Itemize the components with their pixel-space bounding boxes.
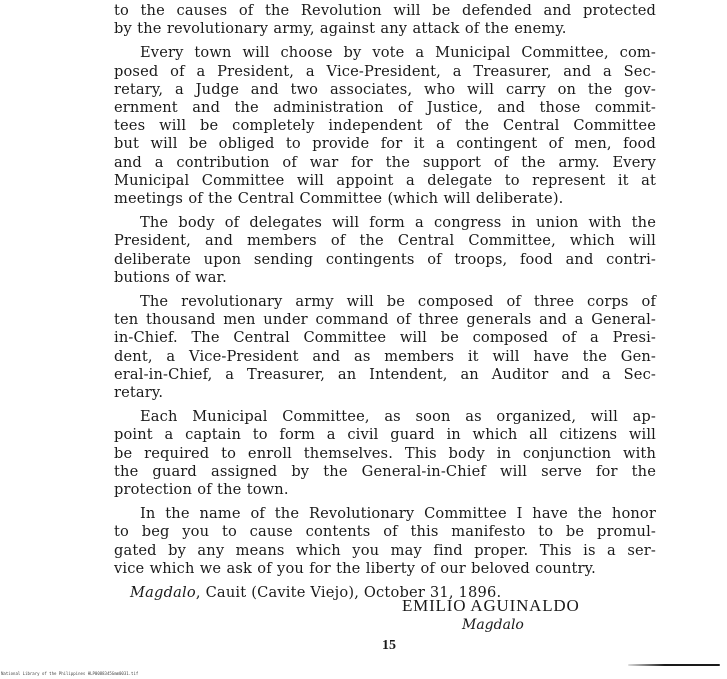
text-line: vice which we ask of you for the liberty… — [114, 560, 656, 578]
paragraph: In the name of the Revolutionary Committ… — [114, 505, 656, 578]
text-line: be required to enroll themselves. This b… — [114, 445, 656, 463]
text-line: dent, a Vice-President and as members it… — [114, 348, 656, 366]
paragraph: The revolutionary army will be composed … — [114, 293, 656, 402]
text-line: retary, a Judge and two associates, who … — [114, 81, 656, 99]
text-line: in-Chief. The Central Committee will be … — [114, 329, 656, 347]
signature-block: EMILIO AGUINALDO Magdalo — [402, 596, 642, 634]
text-line: butions of war. — [114, 269, 656, 287]
page-number: 15 — [382, 638, 396, 654]
text-line: posed of a President, a Vice-President, … — [114, 63, 656, 81]
text-line: tees will be completely independent of t… — [114, 117, 656, 135]
text-line: Each Municipal Committee, as soon as org… — [114, 408, 656, 426]
scan-watermark: National Library of the Philippines HLP0… — [1, 671, 138, 676]
text-line: but will be obliged to provide for it a … — [114, 135, 656, 153]
text-line: to beg you to cause contents of this man… — [114, 523, 656, 541]
text-line: ernment and the administration of Justic… — [114, 99, 656, 117]
paragraph: to the causes of the Revolution will be … — [114, 2, 656, 38]
text-line: protection of the town. — [114, 481, 656, 499]
body-text: to the causes of the Revolution will be … — [114, 2, 656, 578]
text-line: by the revolutionary army, against any a… — [114, 20, 656, 38]
dateline-place: Magdalo — [130, 584, 196, 601]
text-line: ten thousand men under command of three … — [114, 311, 656, 329]
text-line: eral-in-Chief, a Treasurer, an Intendent… — [114, 366, 656, 384]
text-line: The revolutionary army will be composed … — [114, 293, 656, 311]
text-line: In the name of the Revolutionary Committ… — [114, 505, 656, 523]
paragraph: Every town will choose by vote a Municip… — [114, 44, 656, 208]
text-line: gated by any means which you may find pr… — [114, 542, 656, 560]
text-line: President, and members of the Central Co… — [114, 232, 656, 250]
text-line: to the causes of the Revolution will be … — [114, 2, 656, 20]
text-line: Municipal Committee will appoint a deleg… — [114, 172, 656, 190]
text-line: deliberate upon sending contingents of t… — [114, 251, 656, 269]
text-line: point a captain to form a civil guard in… — [114, 426, 656, 444]
paragraph: Each Municipal Committee, as soon as org… — [114, 408, 656, 499]
signatory-name: EMILIO AGUINALDO — [402, 596, 642, 616]
text-line: meetings of the Central Committee (which… — [114, 190, 656, 208]
text-line: the guard assigned by the General-in-Chi… — [114, 463, 656, 481]
paragraph: The body of delegates will form a congre… — [114, 214, 656, 287]
scan-edge-line — [628, 664, 720, 666]
document-page: to the causes of the Revolution will be … — [114, 2, 656, 602]
text-line: The body of delegates will form a congre… — [114, 214, 656, 232]
text-line: retary. — [114, 384, 656, 402]
text-line: Every town will choose by vote a Municip… — [114, 44, 656, 62]
text-line: and a contribution of war for the suppor… — [114, 154, 656, 172]
signatory-alias: Magdalo — [402, 616, 642, 634]
